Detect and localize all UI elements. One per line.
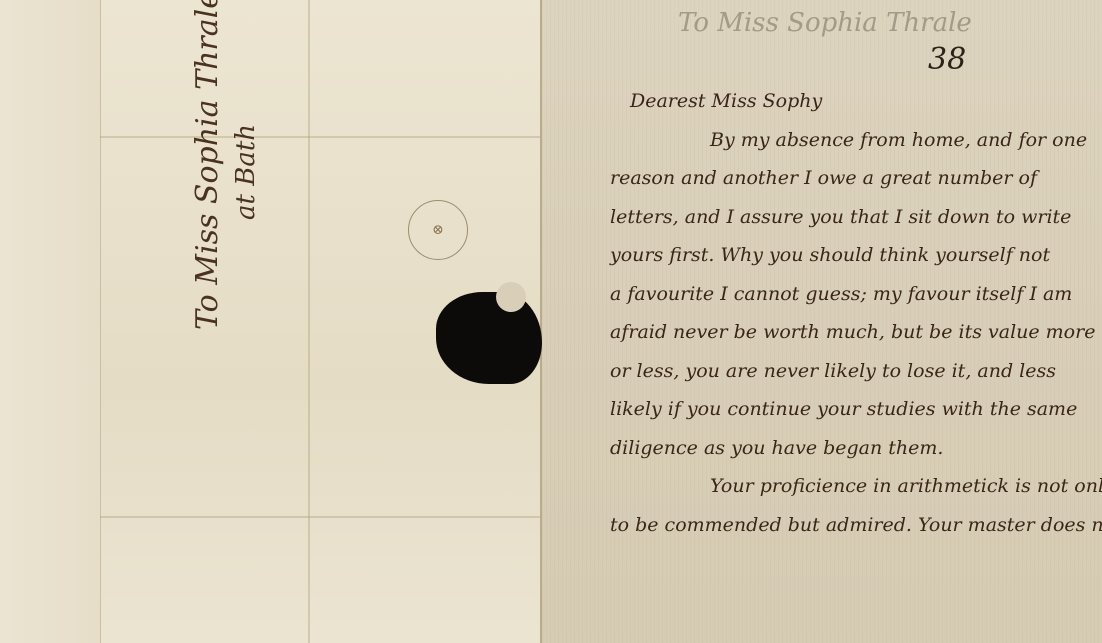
seal-tear-hole <box>436 292 542 384</box>
letter-line: yours first. Why you should think yourse… <box>610 236 1090 275</box>
outer-fold-panel <box>0 0 100 643</box>
fold-line-horizontal <box>100 136 540 138</box>
postmark-stamp: ⊗ <box>408 200 468 260</box>
docket-note: To Miss Sophia Thrale <box>678 8 972 38</box>
fold-line-horizontal <box>100 516 540 518</box>
address-block: To Miss Sophia Thrale at Bath <box>190 0 261 330</box>
letter-line: Your proficience in arithmetick is not o… <box>610 467 1090 506</box>
letter-body: Dearest Miss Sophy By my absence from ho… <box>610 82 1090 544</box>
folio-number: 38 <box>928 42 966 77</box>
letter-line: By my absence from home, and for one <box>610 121 1090 160</box>
letter-line: afraid never be worth much, but be its v… <box>610 313 1090 352</box>
address-recipient: To Miss Sophia Thrale <box>190 0 225 330</box>
salutation: Dearest Miss Sophy <box>630 82 1090 121</box>
letter-line: reason and another I owe a great number … <box>610 159 1090 198</box>
letter-line: likely if you continue your studies with… <box>610 390 1090 429</box>
fold-line-vertical <box>308 0 310 643</box>
letter-line: letters, and I assure you that I sit dow… <box>610 198 1090 237</box>
letter-line: diligence as you have began them. <box>610 429 1090 468</box>
letter-sheet: ⊗ To Miss Sophia Thrale at Bath To Miss … <box>0 0 1102 643</box>
letter-line: or less, you are never likely to lose it… <box>610 352 1090 391</box>
address-location: at Bath <box>231 0 261 220</box>
letter-line: a favourite I cannot guess; my favour it… <box>610 275 1090 314</box>
letter-line: to be commended but admired. Your master… <box>610 506 1090 545</box>
